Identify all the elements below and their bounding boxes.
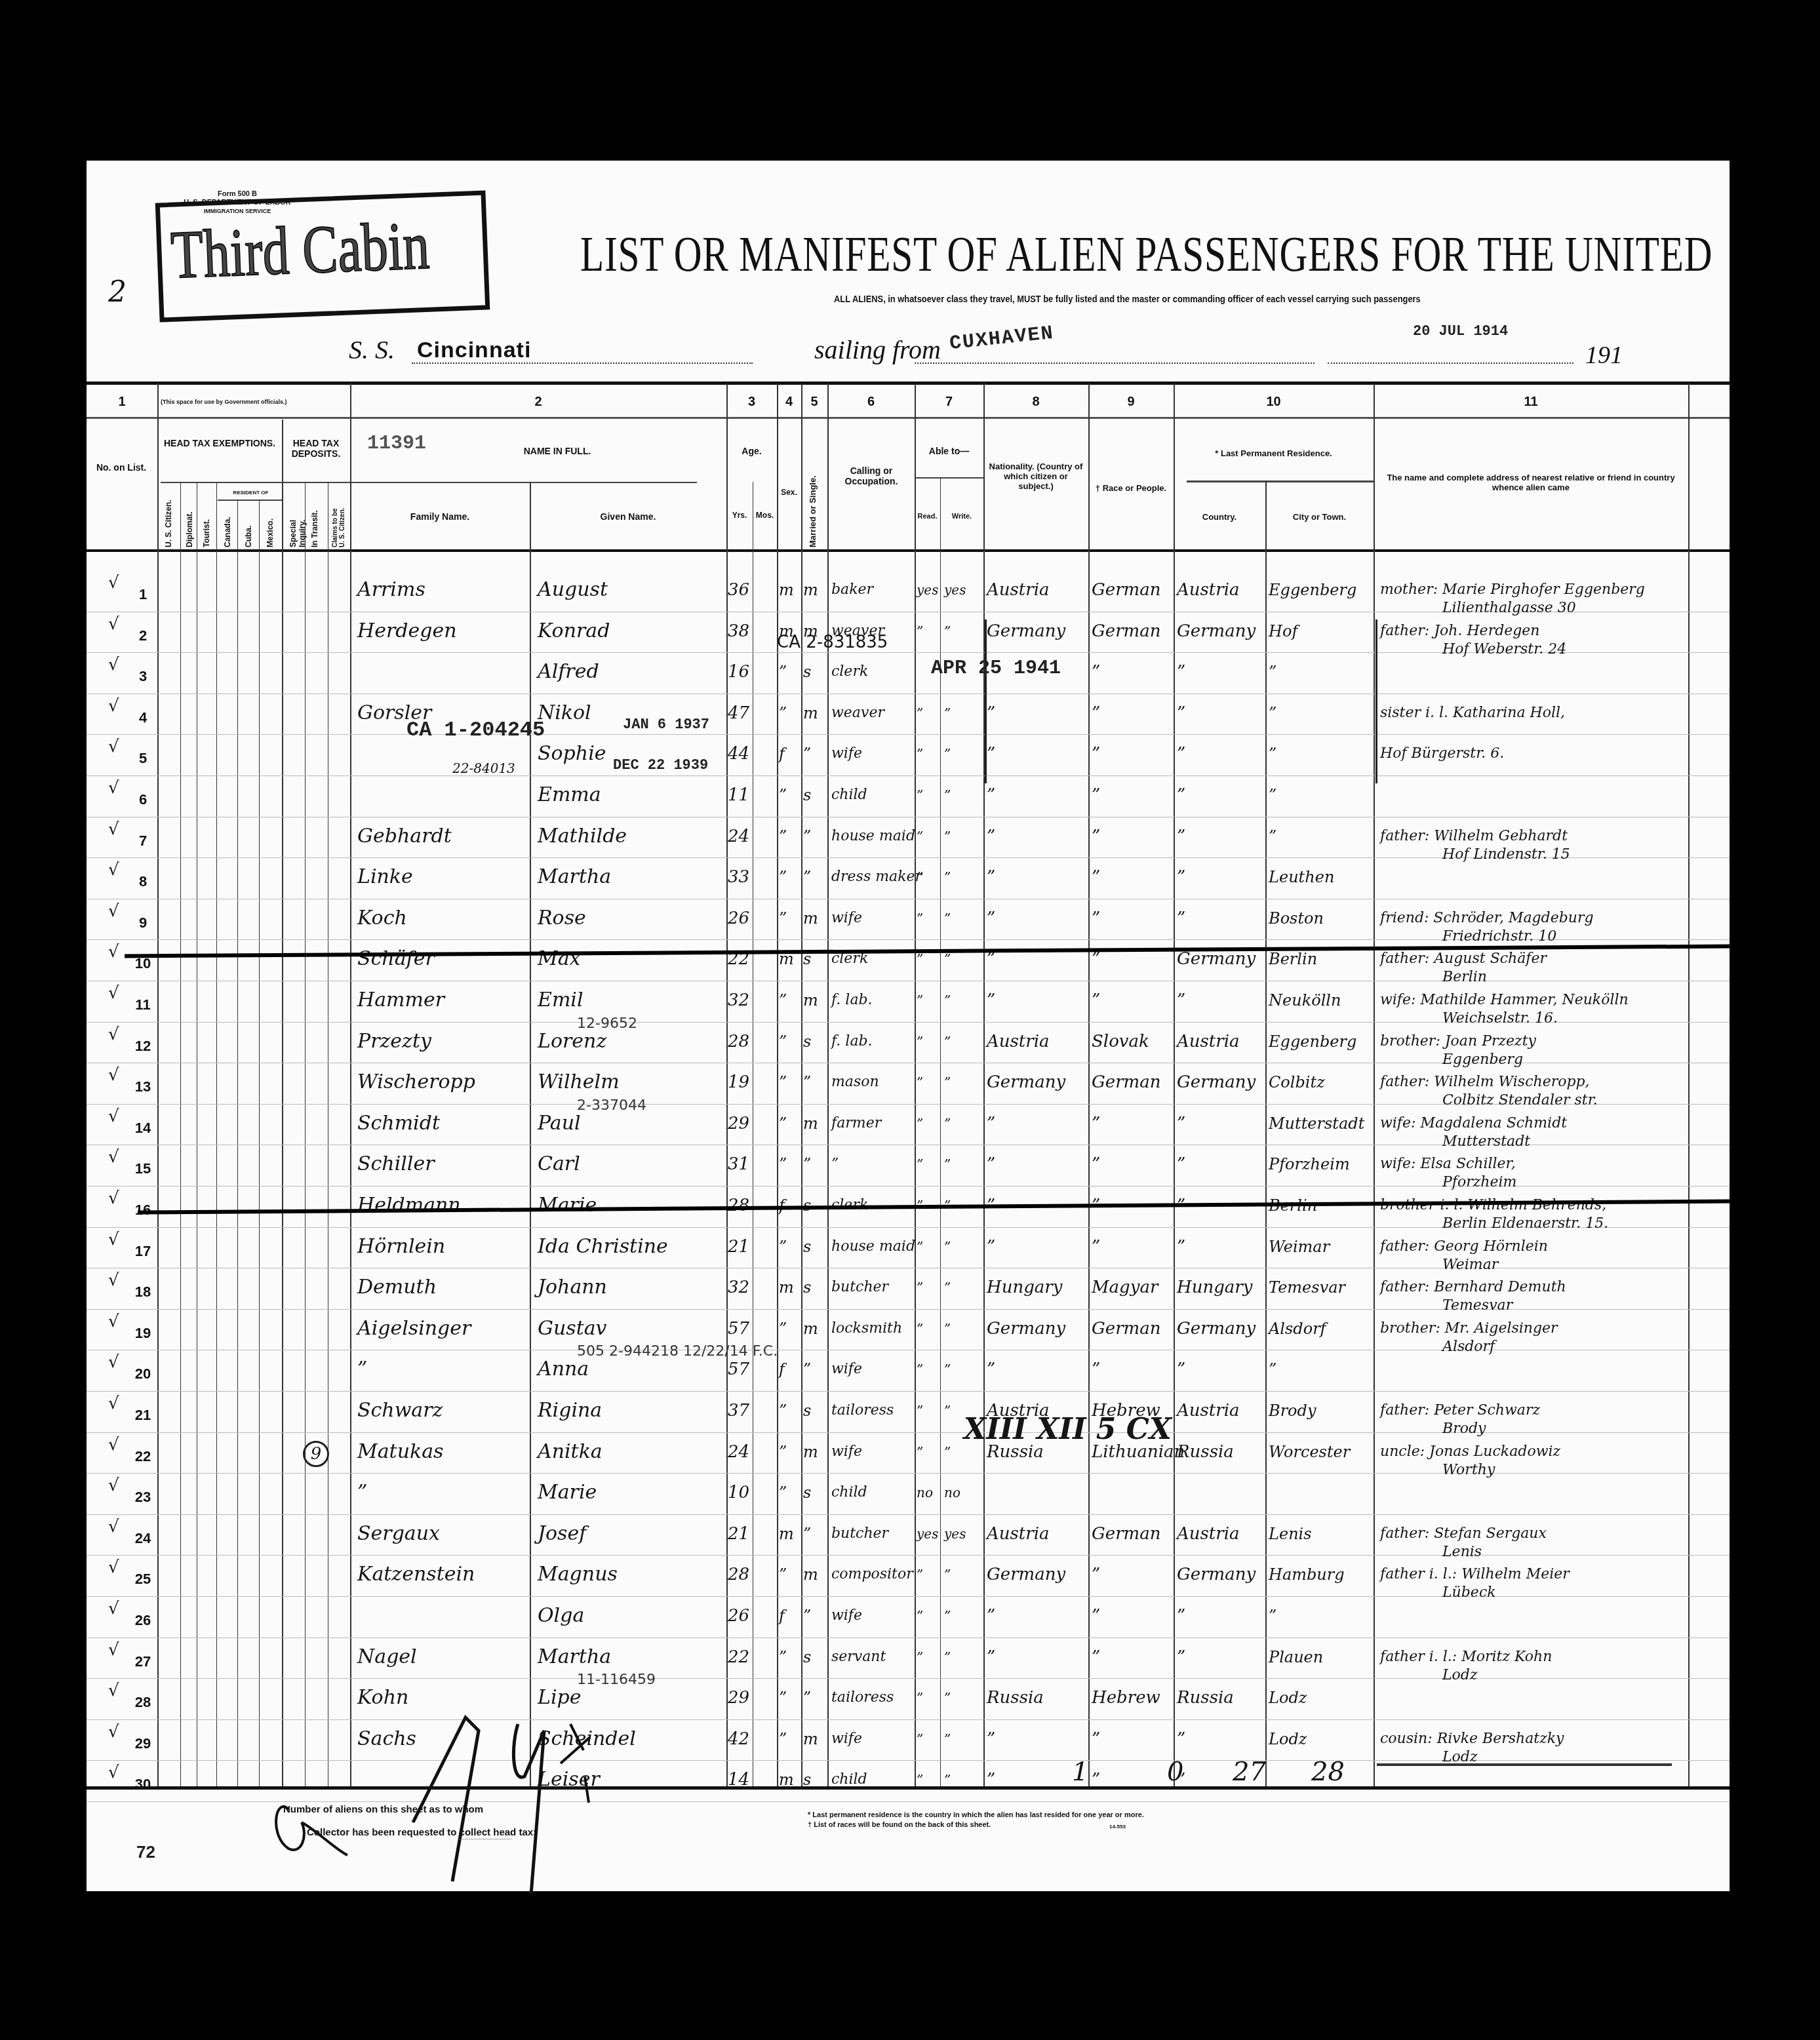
cell-read: ” (917, 823, 940, 850)
cell-read: ” (917, 1398, 940, 1424)
cell-read: ” (917, 1561, 940, 1588)
cell-write: ” (944, 1726, 982, 1752)
cell-family: ” (357, 1356, 528, 1383)
header-canada: Canada. (223, 515, 232, 547)
header-given-name: Given Name. (530, 511, 726, 522)
page-title: LIST OR MANIFEST OF ALIEN PASSENGERS FOR… (580, 226, 1712, 283)
cell-yrs: 47 (728, 700, 753, 726)
cell-city: ” (1269, 700, 1372, 726)
cell-city: Worcester (1269, 1439, 1372, 1465)
cell-ms: s (803, 1274, 826, 1301)
cell-sex: ” (779, 1110, 800, 1137)
header-country: Country. (1174, 513, 1265, 522)
cell-yrs: 11 (728, 782, 753, 808)
cell-ms: m (803, 905, 826, 932)
cell-ms: s (803, 782, 826, 808)
cell-country: Germany (1177, 1069, 1263, 1095)
cell-ms: ” (803, 1069, 826, 1095)
cell-nat: ” (987, 864, 1086, 890)
cell-sex: m (779, 1274, 800, 1301)
cell-occ: tailoress (831, 1685, 913, 1711)
annotation-row23: XIII XII 5 CX (964, 1413, 1172, 1446)
cell-yrs: 37 (728, 1398, 753, 1424)
cell-country: ” (1177, 1110, 1263, 1137)
check-mark-icon: √ (108, 1230, 119, 1249)
cell-occ: wife (831, 1439, 913, 1465)
cell-city: Lenis (1269, 1521, 1372, 1547)
cell-city: ” (1269, 782, 1372, 808)
cell-race: ” (1092, 905, 1172, 932)
cell-race: ” (1092, 659, 1172, 685)
cell-city: Temesvar (1269, 1274, 1372, 1301)
cell-race: ” (1092, 1110, 1172, 1137)
cell-family: Schäfer (357, 946, 528, 972)
cell-country: Russia (1177, 1439, 1263, 1465)
header-family-name: Family Name. (350, 511, 530, 522)
cell-write: yes (944, 1521, 982, 1547)
cell-ms: s (803, 1644, 826, 1670)
cell-read: yes (917, 577, 940, 603)
cell-read: ” (917, 905, 940, 932)
row-annotation: 2-337044 (577, 1097, 646, 1114)
year-suffix: 191 (1585, 341, 1623, 370)
cell-sex: f (779, 1603, 800, 1629)
cell-country: ” (1177, 987, 1263, 1013)
check-mark-icon: √ (108, 1763, 119, 1782)
check-mark-icon: √ (108, 573, 119, 593)
totals-line (1377, 1763, 1672, 1766)
check-mark-icon: √ (108, 983, 119, 1003)
cell-occ: farmer (831, 1110, 913, 1137)
cell-occ: wife (831, 1356, 913, 1383)
margin-note: 2 (108, 275, 127, 309)
cell-family: Schwarz (357, 1398, 528, 1424)
cell-sex: ” (779, 1151, 800, 1177)
cell-read: ” (917, 1151, 940, 1177)
cell-yrs: 29 (728, 1110, 753, 1137)
check-mark-icon: √ (108, 1681, 119, 1700)
colnum-3: 3 (726, 395, 777, 410)
cell-city: Eggenberg (1269, 577, 1372, 603)
cell-given: Anitka (538, 1439, 724, 1465)
able-subheader-rule (915, 477, 983, 479)
ship-prefix: S. S. (349, 334, 395, 365)
row-number: 2 (130, 627, 156, 644)
cell-occ: wife (831, 905, 913, 932)
head-tax-note-line1: Number of aliens on this sheet as to who… (283, 1804, 483, 1815)
cell-family: Aigelsinger (357, 1316, 528, 1342)
cell-country: ” (1177, 741, 1263, 767)
cell-nat: Hungary (987, 1274, 1086, 1301)
cell-occ: ” (831, 1151, 913, 1177)
cell-country: Austria (1177, 577, 1263, 603)
cell-city: Brody (1269, 1398, 1372, 1424)
cell-read: ” (917, 1356, 940, 1383)
cell-country: Austria (1177, 1029, 1263, 1055)
signature-marks (262, 1704, 629, 1901)
cell-family: Koch (357, 905, 528, 932)
cell-sex: ” (779, 1685, 800, 1711)
check-mark-icon: √ (108, 1394, 119, 1413)
cell-family: Heldmann (357, 1192, 528, 1219)
header-in-transit: In Transit. (310, 508, 319, 547)
cell-sex: ” (779, 1316, 800, 1342)
cell-family: Demuth (357, 1274, 528, 1301)
cell-occ: compositor (831, 1561, 913, 1588)
cell-race: ” (1092, 1726, 1172, 1752)
cell-yrs: 22 (728, 1644, 753, 1670)
cell-read: ” (917, 1685, 940, 1711)
page-subtitle: ALL ALIENS, in whatsoever class they tra… (834, 294, 1421, 304)
check-mark-icon: √ (108, 1270, 119, 1290)
row-number: 30 (130, 1776, 156, 1793)
third-cabin-stamp: Third Cabin (155, 190, 490, 322)
header-last-residence: * Last Permanent Residence. (1174, 449, 1374, 459)
cell-nat: Germany (987, 1561, 1086, 1588)
cell-country: ” (1177, 1644, 1263, 1670)
cell-race: ” (1092, 1356, 1172, 1383)
cell-sex: ” (779, 1726, 800, 1752)
bracket-city-rows2-6 (1369, 619, 1377, 783)
header-cuba: Cuba. (244, 521, 253, 547)
cell-write: ” (944, 1767, 982, 1793)
cell-sex: ” (779, 1480, 800, 1506)
date-line (1328, 363, 1573, 364)
cell-family: Schmidt (357, 1110, 528, 1137)
cell-yrs: 21 (728, 1234, 753, 1260)
row-number: 12 (130, 1038, 156, 1055)
header-relative: The name and complete address of nearest… (1383, 473, 1678, 493)
cell-race: ” (1092, 823, 1172, 850)
cell-nat: Germany (987, 618, 1086, 644)
cell-sex: f (779, 741, 800, 767)
colnum-2: 2 (350, 395, 726, 410)
colnum-11: 11 (1374, 395, 1688, 410)
cell-given: Lorenz (538, 1029, 724, 1055)
row-annotation: 12-9652 (577, 1015, 637, 1032)
cell-read: ” (917, 1274, 940, 1301)
cell-race: ” (1092, 864, 1172, 890)
colnum-10: 10 (1174, 395, 1374, 410)
row-number: 11 (130, 996, 156, 1013)
cell-nat: ” (987, 1110, 1086, 1137)
cell-race: ” (1092, 1151, 1172, 1177)
cell-read: ” (917, 741, 940, 767)
cell-country: ” (1177, 905, 1263, 932)
cell-occ: child (831, 782, 913, 808)
cell-given: Mathilde (538, 823, 724, 850)
cell-country: Hungary (1177, 1274, 1263, 1301)
cell-race: ” (1092, 782, 1172, 808)
row-number: 14 (130, 1120, 156, 1137)
cell-write: ” (944, 741, 982, 767)
cell-city: Hof (1269, 618, 1372, 644)
stamp-cert-row6: 22-84013 (452, 760, 515, 776)
check-mark-icon: √ (108, 1640, 119, 1660)
cell-city: ” (1269, 823, 1372, 850)
cell-ms: ” (803, 741, 826, 767)
cell-occ: dress maker (831, 864, 913, 890)
row-number: 1 (130, 586, 156, 603)
cell-write: ” (944, 782, 982, 808)
row-number: 4 (130, 709, 156, 726)
cell-write: ” (944, 905, 982, 932)
cell-occ: weaver (831, 700, 913, 726)
cell-write: yes (944, 577, 982, 603)
cell-write: ” (944, 1029, 982, 1055)
check-mark-icon: √ (108, 1312, 119, 1331)
cell-write: ” (944, 1356, 982, 1383)
cell-occ: tailoress (831, 1398, 913, 1424)
check-mark-icon: √ (108, 1025, 119, 1044)
cell-race: German (1092, 1069, 1172, 1095)
header-yrs: Yrs. (726, 511, 753, 520)
cell-ms: s (803, 1398, 826, 1424)
cell-ms: m (803, 700, 826, 726)
cell-occ: mason (831, 1069, 913, 1095)
cell-city: ” (1269, 741, 1372, 767)
header-nationality: Nationality. (Country of which citizen o… (987, 462, 1085, 492)
cell-race: German (1092, 1521, 1172, 1547)
row-annotation: 11-116459 (577, 1672, 656, 1688)
cell-given: Emil (538, 987, 724, 1013)
cell-city: Alsdorf (1269, 1316, 1372, 1342)
cell-ms: s (803, 659, 826, 685)
residence-subheader-rule (1187, 481, 1374, 482)
cell-given: Anna (538, 1356, 724, 1383)
cell-write: no (944, 1480, 982, 1506)
cell-country: ” (1177, 1356, 1263, 1383)
check-mark-icon: √ (108, 737, 119, 756)
cell-occ: wife (831, 1726, 913, 1752)
cell-occ: f. lab. (831, 1029, 913, 1055)
cell-nat: Russia (987, 1685, 1086, 1711)
cell-read: ” (917, 1603, 940, 1629)
cell-occ: wife (831, 741, 913, 767)
cell-write: ” (944, 1234, 982, 1260)
cell-yrs: 16 (728, 659, 753, 685)
cell-nat: ” (987, 1234, 1086, 1260)
cell-write: ” (944, 1685, 982, 1711)
row-rule (87, 734, 1730, 735)
cell-sex: ” (779, 987, 800, 1013)
cell-sex: ” (779, 1029, 800, 1055)
check-mark-icon: √ (108, 860, 119, 880)
colnum-7: 7 (915, 395, 983, 410)
check-mark-icon: √ (108, 1722, 119, 1742)
row-number: 19 (130, 1325, 156, 1342)
cell-ms: s (803, 1480, 826, 1506)
row-rule (87, 694, 1730, 694)
stamp-date-row5: JAN 6 1937 (623, 716, 709, 733)
row-annotation: 505 2-944218 12/22/14 F.C. (577, 1343, 778, 1360)
cell-read: ” (917, 987, 940, 1013)
cell-read: ” (917, 1316, 940, 1342)
cell-yrs: 57 (728, 1316, 753, 1342)
header-head-tax-exemptions: HEAD TAX EXEMPTIONS. (161, 438, 279, 448)
cell-given: Josef (538, 1521, 724, 1547)
header-special-inquiry: Special Inquiry. (288, 501, 307, 547)
total-col7: 1 (1072, 1757, 1088, 1787)
header-age: Age. (726, 446, 777, 456)
cell-given: Konrad (538, 618, 724, 644)
cell-yrs: 57 (728, 1356, 753, 1383)
cell-yrs: 19 (728, 1069, 753, 1095)
cell-sex: ” (779, 659, 800, 685)
cell-race: ” (1092, 1644, 1172, 1670)
footnote-races: † List of races will be found on the bac… (808, 1821, 991, 1829)
cell-yrs: 26 (728, 1603, 753, 1629)
row-rule (87, 817, 1730, 817)
cell-nat: Germany (987, 1316, 1086, 1342)
head-tax-note-line2: Collector has been requested to collect … (307, 1827, 536, 1838)
cell-sex: ” (779, 1644, 800, 1670)
row-number: 28 (130, 1694, 156, 1711)
cell-read: no (917, 1480, 940, 1506)
cell-occ: butcher (831, 1274, 913, 1301)
cell-occ: child (831, 1480, 913, 1506)
cell-read: ” (917, 1767, 940, 1793)
cell-given: August (538, 577, 724, 603)
cell-occ: f. lab. (831, 987, 913, 1013)
cell-given: Ida Christine (538, 1234, 724, 1260)
cell-sex: ” (779, 1439, 800, 1465)
colnum-8: 8 (983, 395, 1088, 410)
cell-yrs: 28 (728, 1029, 753, 1055)
header-head-tax-deposits: HEAD TAX DEPOSITS. (283, 438, 349, 459)
check-mark-icon: √ (108, 1147, 119, 1167)
cell-race: German (1092, 1316, 1172, 1342)
cell-city: Hamburg (1269, 1561, 1372, 1588)
check-mark-icon: √ (108, 1517, 119, 1537)
cell-yrs: 36 (728, 577, 753, 603)
cell-ms: ” (803, 864, 826, 890)
cell-given: Gustav (538, 1316, 724, 1342)
row-rule (87, 1391, 1730, 1392)
cell-nat: ” (987, 1726, 1086, 1752)
header-race: † Race or People. (1092, 484, 1170, 494)
cell-occ: wife (831, 1603, 913, 1629)
cell-occ: servant (831, 1644, 913, 1670)
cell-given: Martha (538, 1644, 724, 1670)
cell-read: yes (917, 1521, 940, 1547)
cell-ms: m (803, 1561, 826, 1588)
stamp-date-row3: APR 25 1941 (931, 657, 1061, 680)
cell-read: ” (917, 1110, 940, 1137)
cell-given: Martha (538, 864, 724, 890)
cell-yrs: 33 (728, 864, 753, 890)
check-mark-icon: √ (108, 1107, 119, 1126)
header-diplomat: Diplomat. (185, 511, 194, 547)
check-mark-icon: √ (108, 1599, 119, 1618)
row-number: 8 (130, 873, 156, 890)
page-number: 72 (136, 1842, 155, 1862)
cell-city: Colbitz (1269, 1069, 1372, 1095)
cell-write: ” (944, 987, 982, 1013)
header-resident-of: RESIDENT OF (220, 490, 282, 496)
cell-rel: sister i. l. Katharina Holl, (1380, 700, 1685, 726)
cell-country: ” (1177, 1151, 1263, 1177)
form-code: 14-553 (1109, 1824, 1126, 1830)
cell-nat: ” (987, 1603, 1086, 1629)
check-mark-icon: √ (108, 614, 119, 634)
colnum-5: 5 (801, 395, 827, 410)
cell-city: Mutterstadt (1269, 1110, 1372, 1137)
cell-given: Rose (538, 905, 724, 932)
cell-family: Katzenstein (357, 1561, 528, 1588)
cell-nat: ” (987, 823, 1086, 850)
cell-sex: m (779, 1767, 800, 1793)
row-number: 20 (130, 1365, 156, 1383)
cell-given: Johann (538, 1274, 724, 1301)
cell-occ: baker (831, 577, 913, 603)
cell-ms: m (803, 1110, 826, 1137)
cell-rel-address: Lodz (1442, 1662, 1685, 1689)
cell-nat: Austria (987, 1521, 1086, 1547)
cell-country: Germany (1177, 1561, 1263, 1588)
row-number: 17 (130, 1243, 156, 1260)
cell-race: Hebrew (1092, 1685, 1172, 1711)
row-rule (87, 1514, 1730, 1515)
cell-country: Russia (1177, 1685, 1263, 1711)
cell-yrs: 32 (728, 987, 753, 1013)
cell-family: Arrims (357, 577, 528, 603)
cell-write: ” (944, 1644, 982, 1670)
cell-yrs: 10 (728, 1480, 753, 1506)
stamp-ca-number-row2: CA 2-831835 (777, 633, 888, 652)
cell-city: Neukölln (1269, 987, 1372, 1013)
row-number: 26 (130, 1612, 156, 1629)
cell-nat: Germany (987, 1069, 1086, 1095)
row-number: 25 (130, 1571, 156, 1588)
cell-given: Paul (538, 1110, 724, 1137)
cell-occ: house maid (831, 1234, 913, 1260)
cell-family: Wischeropp (357, 1069, 528, 1095)
row-number: 15 (130, 1160, 156, 1177)
header-read: Read. (915, 513, 940, 521)
date-stamp: 20 JUL 1914 (1413, 323, 1508, 340)
cell-ms: ” (803, 1151, 826, 1177)
cell-write: ” (944, 823, 982, 850)
cell-family: Sergaux (357, 1521, 528, 1547)
cell-country: ” (1177, 782, 1263, 808)
header-mos: Mos. (753, 511, 777, 520)
cell-yrs: 42 (728, 1726, 753, 1752)
cell-ms: m (803, 1316, 826, 1342)
cell-city: Boston (1269, 905, 1372, 932)
cell-write: ” (944, 1151, 982, 1177)
header-tourist: Tourist. (202, 518, 211, 547)
cell-race: ” (1092, 700, 1172, 726)
colnum-4: 4 (777, 395, 801, 410)
cell-country: Germany (1177, 1316, 1263, 1342)
cell-given: Magnus (538, 1561, 724, 1588)
cell-nat: ” (987, 1356, 1086, 1383)
cell-race: German (1092, 577, 1172, 603)
cell-family: Linke (357, 864, 528, 890)
cell-sex: m (779, 1521, 800, 1547)
cell-given: Emma (538, 782, 724, 808)
cell-ms: m (803, 987, 826, 1013)
cell-yrs: 29 (728, 1685, 753, 1711)
cell-read: ” (917, 1726, 940, 1752)
colnum-rule (87, 417, 1730, 419)
cell-ms: ” (803, 1685, 826, 1711)
cell-race: ” (1092, 1561, 1172, 1588)
cell-city: ” (1269, 1356, 1372, 1383)
gov-officials-note: (This space for use by Government offici… (161, 399, 282, 405)
sailing-from-label: sailing from (814, 334, 941, 365)
